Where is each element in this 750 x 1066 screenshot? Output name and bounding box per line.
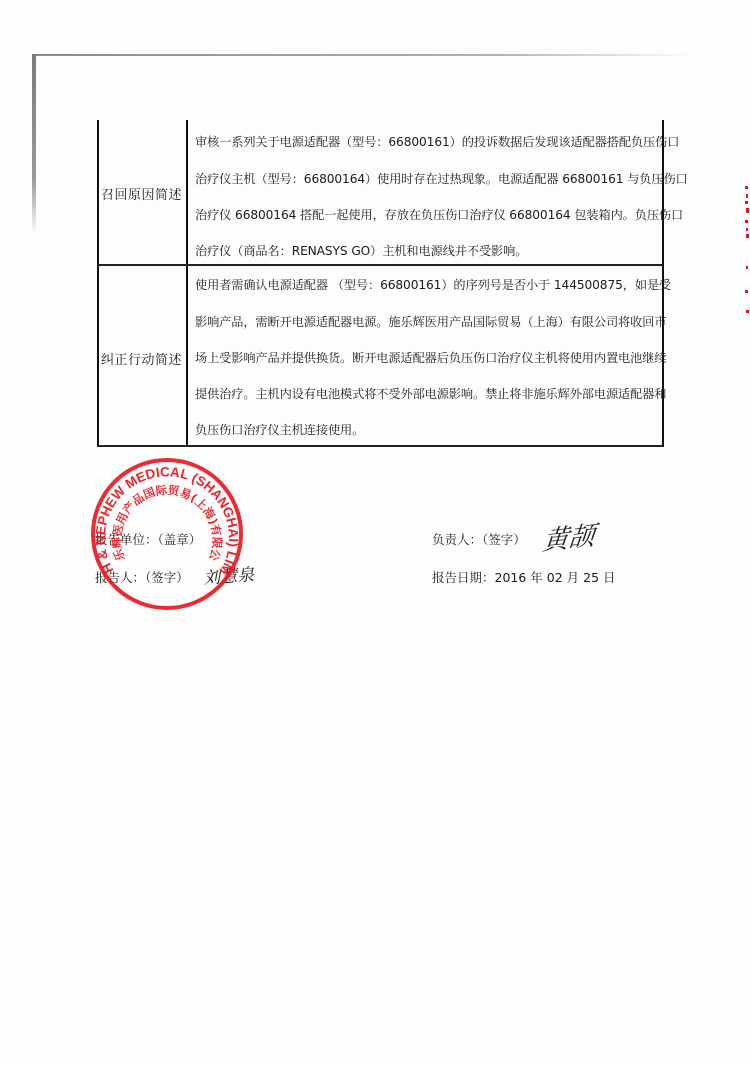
- report-date: 报告日期：2016 年 02 月 25 日: [432, 568, 616, 586]
- body-line: 提供治疗。主机内设有电池模式将不受外部电源影响。禁止将非施乐辉外部电源适配器和: [195, 385, 666, 402]
- body-line: 审核一系列关于电源适配器（型号：66800161）的投诉数据后发现该适配器搭配负…: [195, 133, 679, 150]
- body-line: 影响产品，需断开电源适配器电源。施乐辉医用产品国际贸易（上海）有限公司将收回市: [195, 313, 666, 330]
- body-line: 场上受影响产品并提供换货。断开电源适配器后负压伤口治疗仪主机将使用内置电池继续: [195, 349, 666, 366]
- adjacent-seal-bleed: [743, 186, 750, 326]
- body-line: 治疗仪主机（型号：66800164）使用时存在过热现象。电源适配器 668001…: [195, 170, 688, 187]
- body-line: 使用者需确认电源适配器 （型号：66800161）的序列号是否小于 144500…: [195, 276, 671, 293]
- company-seal-stamp: SMITH & NEPHEW MEDICAL (SHANGHAI) LIMITE…: [90, 457, 244, 611]
- body-line: 治疗仪（商品名：RENASYS GO）主机和电源线并不受影响。: [195, 242, 527, 259]
- table-column-divider: [186, 120, 188, 446]
- body-line: 负压伤口治疗仪主机连接使用。: [195, 421, 364, 438]
- body-line: 治疗仪 66800164 搭配一起使用，存放在负压伤口治疗仪 66800164 …: [195, 206, 683, 223]
- table-border-left: [97, 120, 99, 446]
- table-row-divider: [97, 264, 663, 266]
- row-label: 召回原因简述: [97, 184, 186, 203]
- responsible-signature: 黄颉: [541, 515, 597, 558]
- scan-edge-vertical: [32, 54, 36, 234]
- recall-info-table: 召回原因简述 审核一系列关于电源适配器（型号：66800161）的投诉数据后发现…: [97, 120, 663, 446]
- row-label: 纠正行动简述: [97, 349, 186, 368]
- scan-edge-horizontal: [33, 54, 693, 56]
- responsible-person-label: 负责人：（签字）: [432, 530, 526, 548]
- table-border-bottom: [97, 445, 664, 447]
